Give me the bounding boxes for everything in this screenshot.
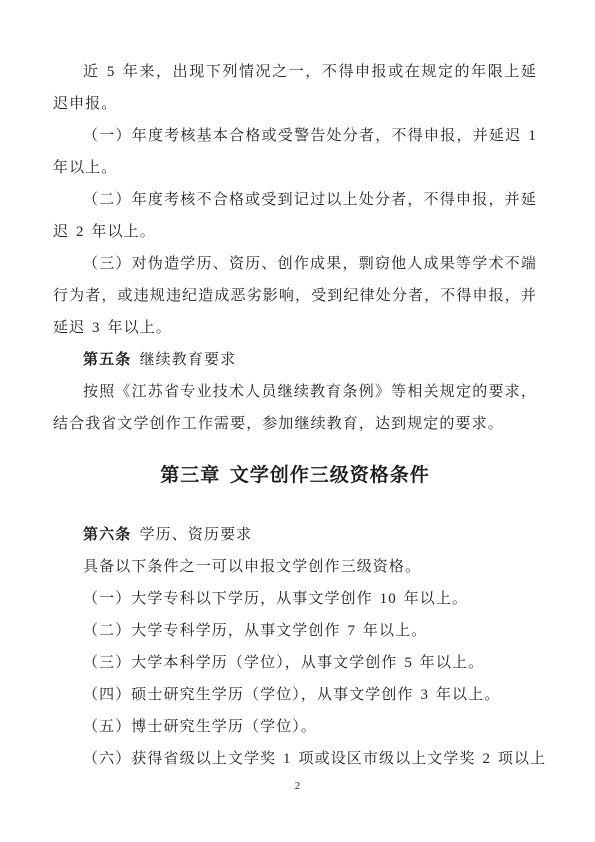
article-5-title: 继续教育要求	[140, 352, 237, 368]
article-6-intro: 具备以下条件之一可以申报文学创作三级资格。	[53, 551, 537, 583]
chapter-heading-label: 第三章	[160, 465, 220, 486]
page-number: 2	[0, 778, 595, 794]
prohibition-item-3: （三）对伪造学历、资历、创作成果，剽窃他人成果等学术不端行为者，或违规违纪造成恶…	[53, 248, 537, 344]
qualification-item-1: （一）大学专科以下学历，从事文学创作 10 年以上。	[53, 583, 537, 615]
article-5-label: 第五条	[83, 351, 131, 368]
prohibition-item-1: （一）年度考核基本合格或受警告处分者，不得申报，并延迟 1 年以上。	[53, 120, 537, 184]
article-6-heading: 第六条学历、资历要求	[53, 519, 537, 551]
article-5-heading: 第五条继续教育要求	[53, 344, 537, 376]
document-page: 近 5 年来，出现下列情况之一，不得申报或在规定的年限上延迟申报。 （一）年度考…	[0, 0, 595, 842]
qualification-item-5: （五）博士研究生学历（学位）。	[53, 711, 537, 743]
qualification-item-3: （三）大学本科学历（学位），从事文学创作 5 年以上。	[53, 647, 537, 679]
article-6-title: 学历、资历要求	[140, 527, 253, 543]
prohibition-item-2: （二）年度考核不合格或受到记过以上处分者，不得申报，并延迟 2 年以上。	[53, 184, 537, 248]
qualification-item-4: （四）硕士研究生学历（学位），从事文学创作 3 年以上。	[53, 679, 537, 711]
article-5-body: 按照《江苏省专业技术人员继续教育条例》等相关规定的要求，结合我省文学创作工作需要…	[53, 376, 537, 440]
qualification-item-2: （二）大学专科学历，从事文学创作 7 年以上。	[53, 615, 537, 647]
paragraph-restriction-intro: 近 5 年来，出现下列情况之一，不得申报或在规定的年限上延迟申报。	[53, 56, 537, 120]
chapter-heading-title: 文学创作三级资格条件	[230, 465, 430, 486]
article-6-label: 第六条	[83, 526, 131, 543]
qualification-item-6: （六）获得省级以上文学奖 1 项或设区市级以上文学奖 2 项以上	[53, 743, 537, 775]
chapter-heading: 第三章文学创作三级资格条件	[53, 461, 537, 491]
